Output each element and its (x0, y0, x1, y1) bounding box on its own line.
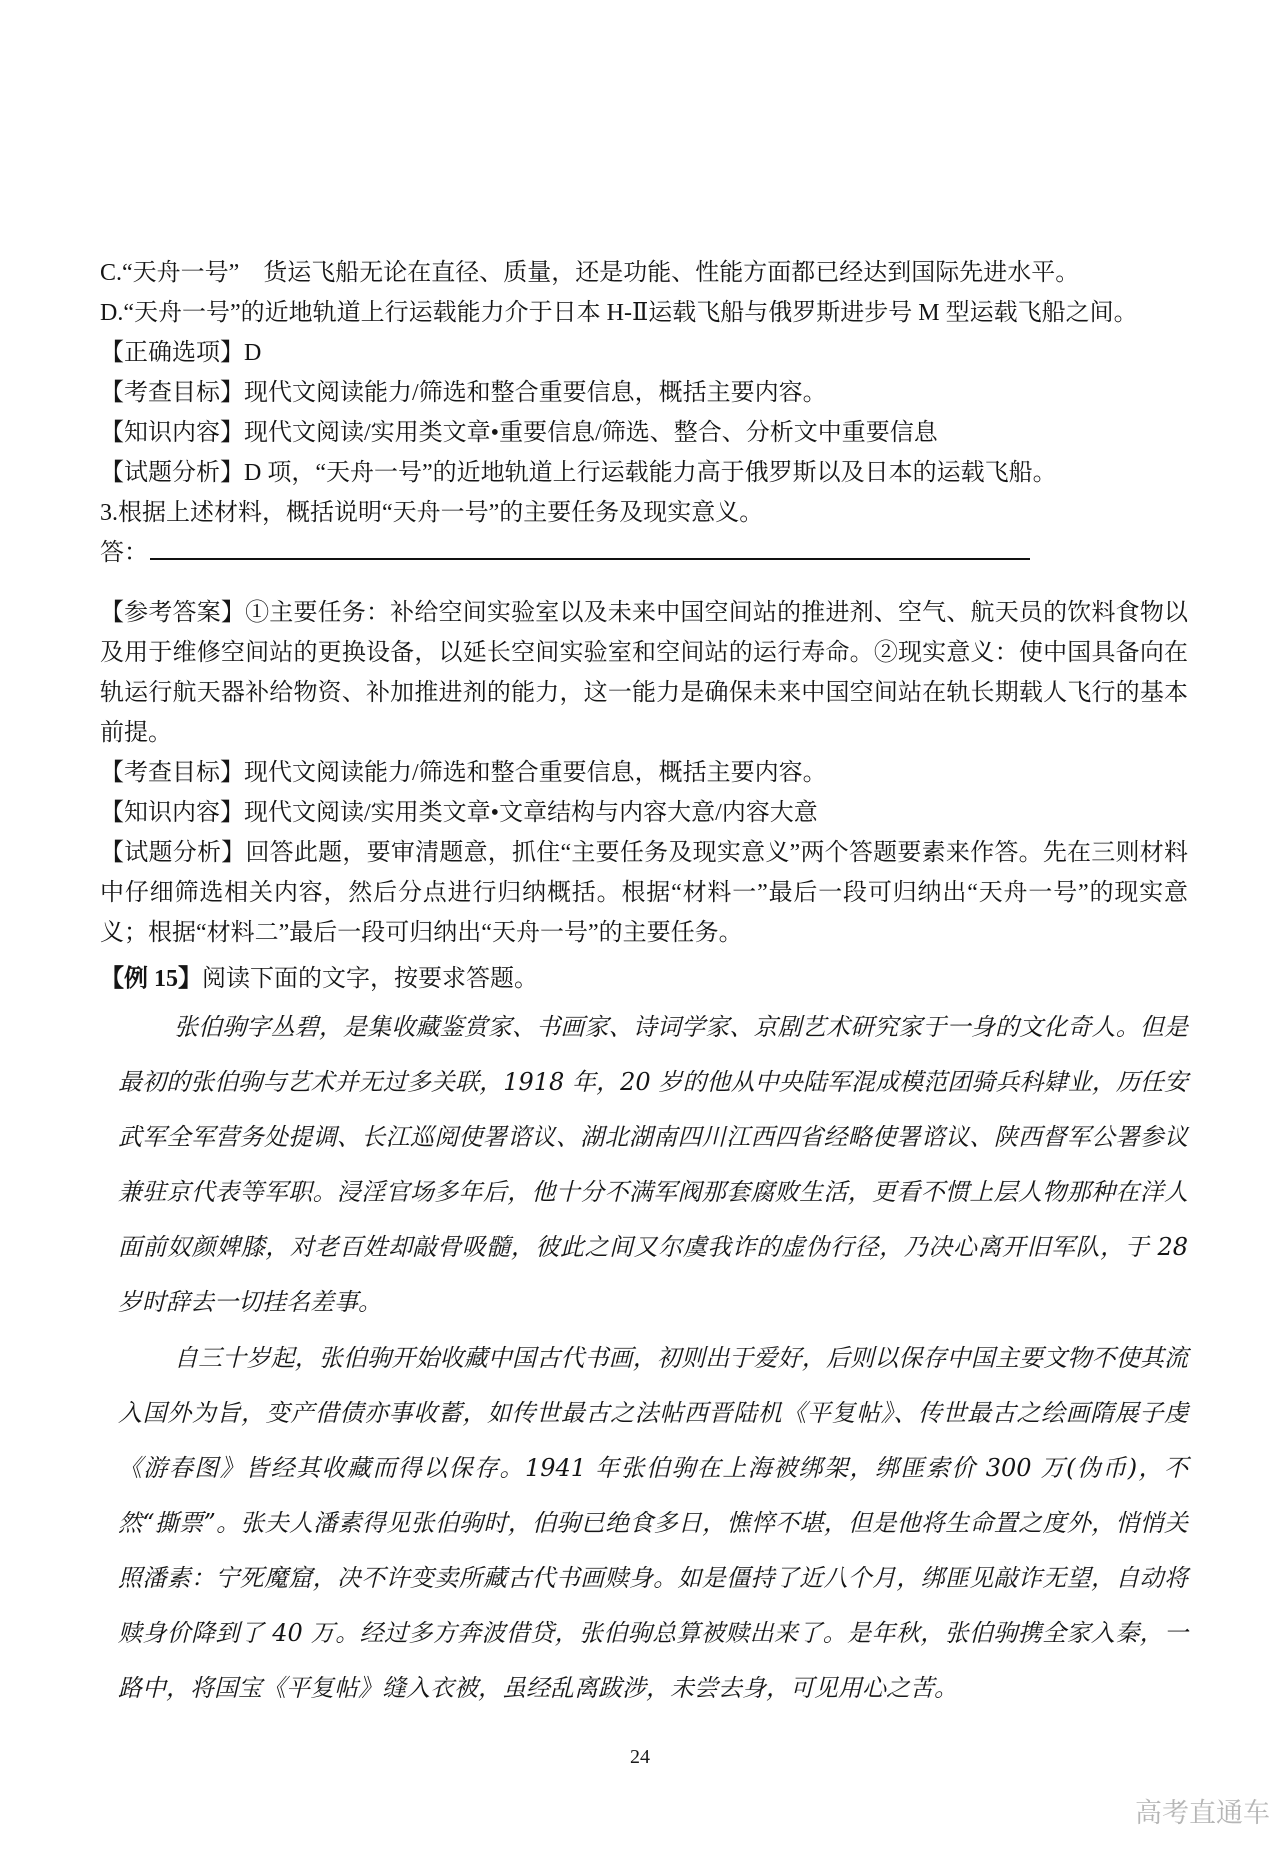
q3-knowledge-label: 【知识内容】 (100, 800, 244, 826)
answer-blank-underline (150, 534, 1030, 560)
q2-analysis-line: 【试题分析】D 项，“天舟一号”的近地轨道上行运载能力高于俄罗斯以及日本的运载飞… (100, 453, 1188, 493)
correct-option-value: D (244, 340, 261, 366)
example-15-intro: 阅读下面的文字，按要求答题。 (202, 966, 538, 992)
q3-analysis-text: 回答此题，要审清题意，抓住“主要任务及现实意义”两个答题要素来作答。先在三则材料… (100, 840, 1188, 946)
q3-analysis-label: 【试题分析】 (100, 840, 245, 866)
example-15-heading: 【例 15】阅读下面的文字，按要求答题。 (100, 959, 1188, 999)
answer-prefix: 答： (100, 540, 148, 566)
correct-option-label: 【正确选项】 (100, 340, 244, 366)
reference-answer-text: ①主要任务：补给空间实验室以及未来中国空间站的推进剂、空气、航天员的饮料食物以及… (100, 600, 1188, 746)
example-paragraph-2: 自三十岁起，张伯驹开始收藏中国古代书画，初则出于爱好，后则以保存中国主要文物不使… (100, 1331, 1188, 1716)
q2-analysis-label: 【试题分析】 (100, 460, 244, 486)
document-page: C.“天舟一号” 货运飞船无论在直径、质量，还是功能、性能方面都已经达到国际先进… (0, 0, 1280, 1858)
q3-knowledge-text: 现代文阅读/实用类文章•文章结构与内容大意/内容大意 (244, 800, 818, 826)
answer-line: 答： (100, 533, 1188, 573)
page-number: 24 (0, 1744, 1280, 1770)
option-c: C.“天舟一号” 货运飞船无论在直径、质量，还是功能、性能方面都已经达到国际先进… (100, 253, 1188, 293)
correct-option-line: 【正确选项】D (100, 333, 1188, 373)
example-15-label: 【例 15】 (100, 966, 202, 992)
q3-target-text: 现代文阅读能力/筛选和整合重要信息，概括主要内容。 (244, 760, 827, 786)
q3-target-label: 【考查目标】 (100, 760, 244, 786)
q2-target-label: 【考查目标】 (100, 380, 244, 406)
q2-target-line: 【考查目标】现代文阅读能力/筛选和整合重要信息，概括主要内容。 (100, 373, 1188, 413)
q2-knowledge-line: 【知识内容】现代文阅读/实用类文章•重要信息/筛选、整合、分析文中重要信息 (100, 413, 1188, 453)
document-content: C.“天舟一号” 货运飞船无论在直径、质量，还是功能、性能方面都已经达到国际先进… (100, 253, 1188, 1716)
reference-answer-block: 【参考答案】①主要任务：补给空间实验室以及未来中国空间站的推进剂、空气、航天员的… (100, 593, 1188, 753)
q2-knowledge-label: 【知识内容】 (100, 420, 244, 446)
q3-analysis-block: 【试题分析】回答此题，要审清题意，抓住“主要任务及现实意义”两个答题要素来作答。… (100, 833, 1188, 953)
watermark-text: 高考直通车 (1135, 1797, 1270, 1829)
q3-knowledge-line: 【知识内容】现代文阅读/实用类文章•文章结构与内容大意/内容大意 (100, 793, 1188, 833)
reference-answer-label: 【参考答案】 (100, 600, 245, 626)
option-d: D.“天舟一号”的近地轨道上行运载能力介于日本 H-Ⅱ运载飞船与俄罗斯进步号 M… (100, 293, 1188, 333)
q2-analysis-text: D 项，“天舟一号”的近地轨道上行运载能力高于俄罗斯以及日本的运载飞船。 (244, 460, 1057, 486)
example-paragraph-1: 张伯驹字丛碧，是集收藏鉴赏家、书画家、诗词学家、京剧艺术研究家于一身的文化奇人。… (100, 1000, 1188, 1330)
q3-target-line: 【考查目标】现代文阅读能力/筛选和整合重要信息，概括主要内容。 (100, 753, 1188, 793)
q2-knowledge-text: 现代文阅读/实用类文章•重要信息/筛选、整合、分析文中重要信息 (244, 420, 938, 446)
question-3: 3.根据上述材料，概括说明“天舟一号”的主要任务及现实意义。 (100, 493, 1188, 533)
q2-target-text: 现代文阅读能力/筛选和整合重要信息，概括主要内容。 (244, 380, 827, 406)
